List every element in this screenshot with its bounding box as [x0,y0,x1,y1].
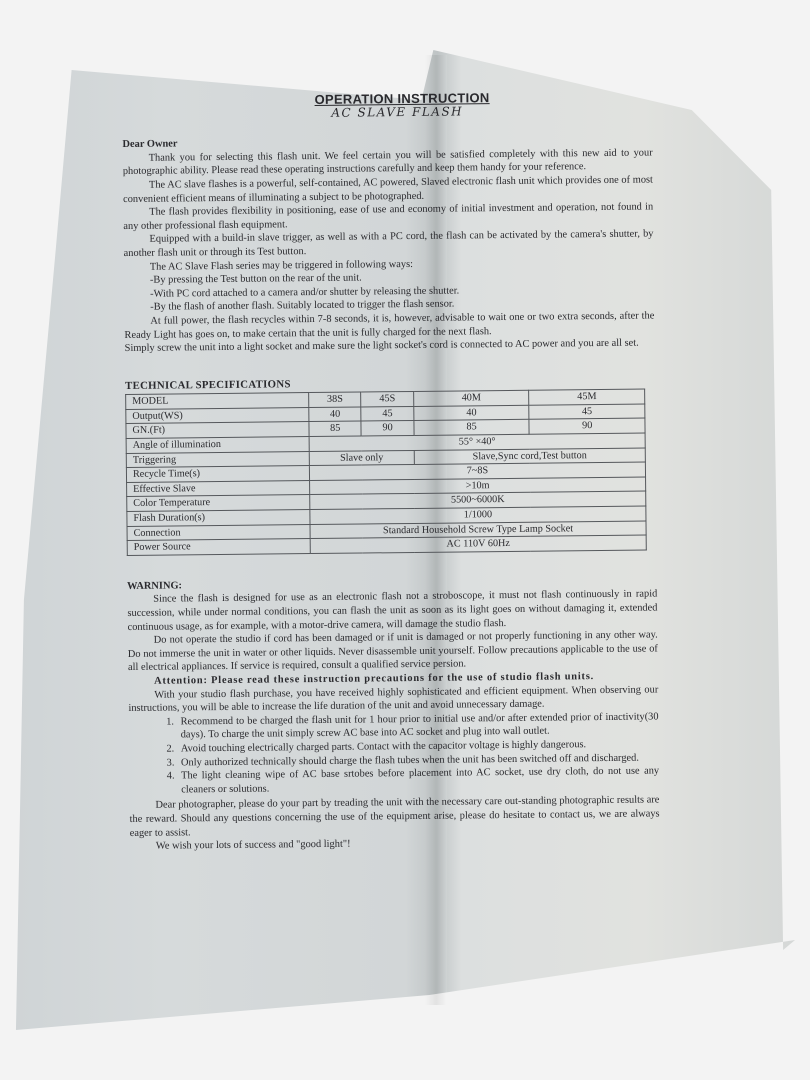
spec-cell: 40 [414,405,530,421]
spec-cell: Slave only [309,450,414,466]
precautions-list: Recommend to be charged the flash unit f… [129,710,660,797]
specs-table: MODEL 38S 45S 40M 45M Output(WS) 40 45 4… [125,389,647,556]
spec-cell: 40 [309,407,362,422]
spec-cell: 45 [529,404,645,420]
spec-cell: 45M [529,389,645,405]
spec-cell: 85 [414,420,530,436]
spec-cell: AC 110V 60Hz [310,535,646,553]
spec-cell: 45 [361,406,414,421]
precaution-item: The light cleaning wipe of AC base srtob… [177,765,659,797]
closing-paragraph: Dear photographer, please do your part b… [129,794,659,840]
spec-cell: 40M [413,391,529,407]
spec-cell: 45S [361,392,414,407]
spec-label: Power Source [127,539,310,556]
spec-cell: 85 [309,421,362,436]
document-content: OPERATION INSTRUCTION AC SLAVE FLASH Dea… [122,89,660,853]
spec-cell: 90 [361,421,414,436]
warning-paragraph: Do not operate the studio if cord has be… [128,629,658,675]
spec-cell: 90 [529,419,645,435]
spec-cell: 38S [309,392,362,407]
warning-paragraph: Since the flash is designed for use as a… [127,588,657,634]
